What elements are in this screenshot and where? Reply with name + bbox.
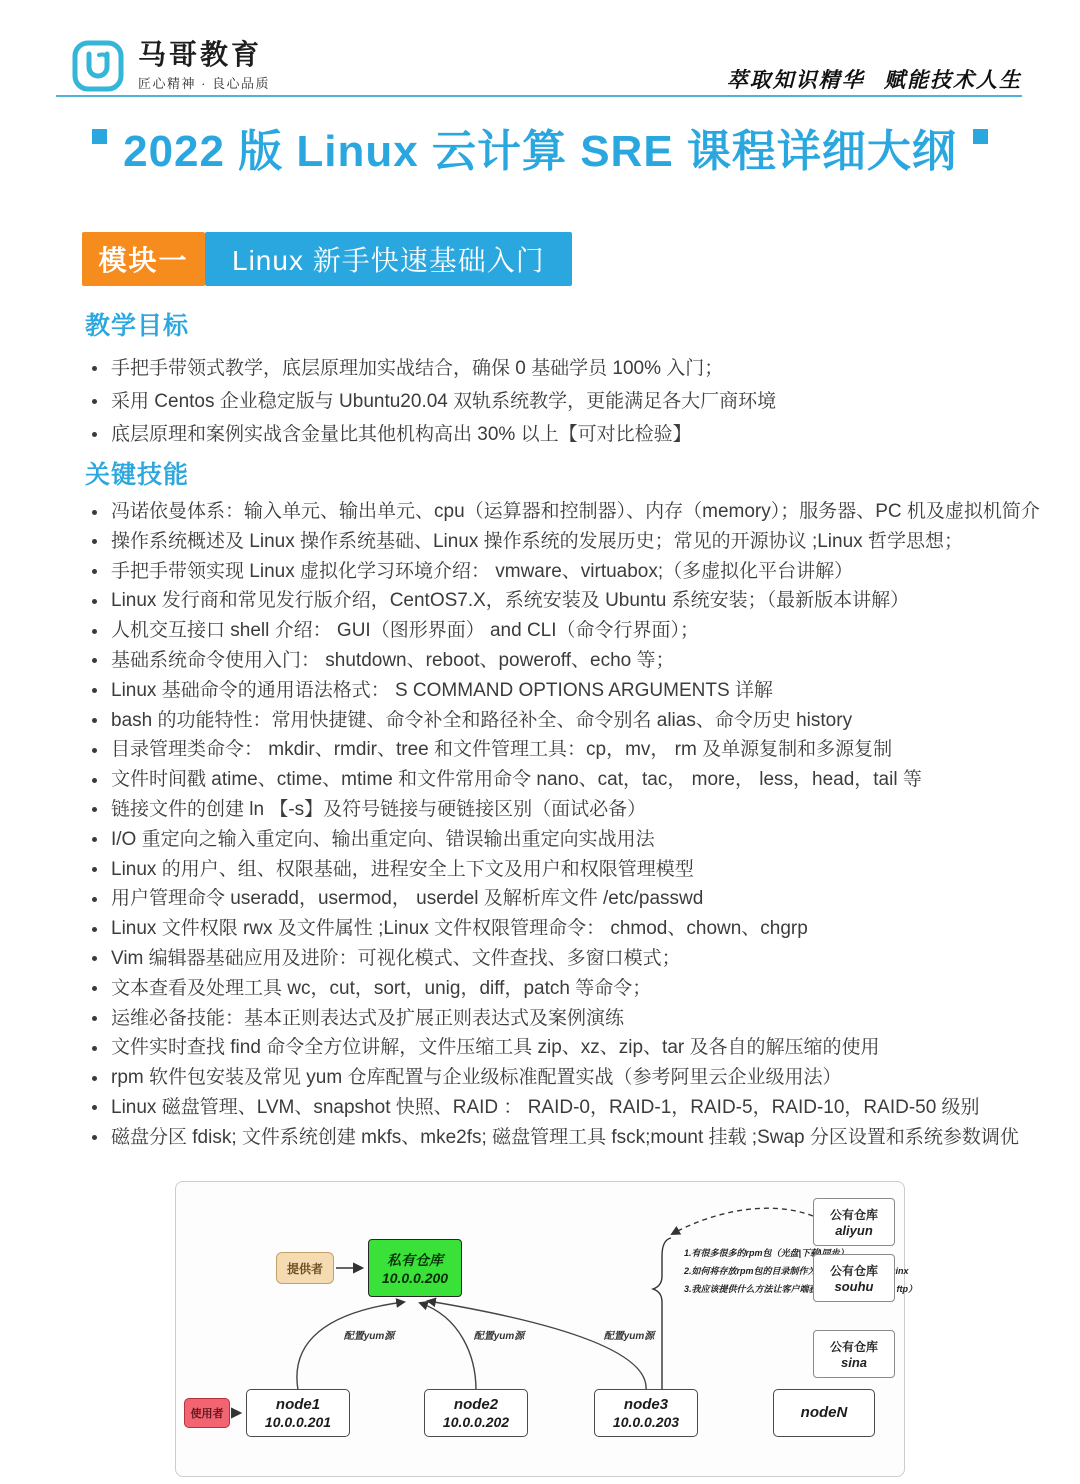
- public-repo-sina: 公有仓库 sina: [813, 1330, 895, 1378]
- public-repo-aliyun: 公有仓库 aliyun: [813, 1198, 895, 1246]
- repo-label: 公有仓库: [830, 1338, 878, 1355]
- title-row: 2022 版 Linux 云计算 SRE 课程详细大纲: [0, 124, 1080, 179]
- node-box: node3 10.0.0.203: [594, 1389, 698, 1437]
- module-header: 模块一 Linux 新手快速基础入门: [82, 232, 572, 286]
- list-item: Vim 编辑器基础应用及进阶：可视化模式、文件查找、多窗口模式；: [85, 944, 1040, 974]
- brand-block: 马哥教育 匠心精神 · 良心品质: [138, 40, 270, 93]
- repo-name: sina: [841, 1355, 867, 1370]
- node-ip: 10.0.0.201: [265, 1414, 331, 1431]
- brand-name: 马哥教育: [138, 40, 270, 71]
- list-item: bash 的功能特性：常用快捷键、命令补全和路径补全、命令别名 alias、命令…: [85, 706, 1040, 736]
- repo-label: 公有仓库: [830, 1262, 878, 1279]
- repo-name: souhu: [835, 1279, 874, 1294]
- list-item: 文件实时查找 find 命令全方位讲解，文件压缩工具 zip、xz、zip、ta…: [85, 1033, 1040, 1063]
- node-name: nodeN: [801, 1404, 848, 1422]
- node-name: node2: [454, 1396, 498, 1414]
- list-item: 用户管理命令 useradd，usermod， userdel 及解析库文件 /…: [85, 884, 1040, 914]
- provider-box: 提供者: [276, 1252, 334, 1284]
- course-outline-page: 马哥教育 匠心精神 · 良心品质 萃取知识精华 赋能技术人生 2022 版 Li…: [0, 0, 1080, 1484]
- consumer-box: 使用者: [184, 1398, 230, 1428]
- list-item: 手把手带领式教学，底层原理加实战结合，确保 0 基础学员 100% 入门；: [85, 352, 1040, 385]
- node-ip: 10.0.0.202: [443, 1414, 509, 1431]
- list-item: 链接文件的创建 ln 【-s】及符号链接与硬链接区别（面试必备）: [85, 795, 1040, 825]
- list-item: 操作系统概述及 Linux 操作系统基础、Linux 操作系统的发展历史；常见的…: [85, 527, 1040, 557]
- module-badge: 模块一: [82, 232, 205, 286]
- public-repo-souhu: 公有仓库 souhu: [813, 1254, 895, 1302]
- module-title: Linux 新手快速基础入门: [205, 232, 572, 286]
- skills-heading: 关键技能: [85, 455, 189, 491]
- node-name: node1: [276, 1396, 320, 1414]
- node-box: node2 10.0.0.202: [424, 1389, 528, 1437]
- node-ip: 10.0.0.203: [613, 1414, 679, 1431]
- page-title: 2022 版 Linux 云计算 SRE 课程详细大纲: [123, 124, 957, 179]
- list-item: rpm 软件包安装及常见 yum 仓库配置与企业级标准配置实战（参考阿里云企业级…: [85, 1063, 1040, 1093]
- list-item: Linux 文件权限 rwx 及文件属性 ;Linux 文件权限管理命令： ch…: [85, 914, 1040, 944]
- brand-slogan: 萃取知识精华 赋能技术人生: [727, 64, 1022, 94]
- list-item: 底层原理和案例实战含金量比其他机构高出 30% 以上【可对比检验】: [85, 418, 1040, 451]
- list-item: 采用 Centos 企业稳定版与 Ubuntu20.04 双轨系统教学，更能满足…: [85, 385, 1040, 418]
- repo-name: aliyun: [835, 1223, 873, 1238]
- list-item: Linux 磁盘管理、LVM、snapshot 快照、RAID ： RAID-0…: [85, 1093, 1040, 1123]
- private-repo-name: 私有仓库: [387, 1250, 443, 1270]
- title-accent-square-left: [92, 129, 107, 144]
- list-item: 文件时间戳 atime、ctime、mtime 和文件常用命令 nano、cat…: [85, 765, 1040, 795]
- list-item: Linux 基础命令的通用语法格式： S COMMAND OPTIONS ARG…: [85, 676, 1040, 706]
- list-item: Linux 发行商和常见发行版介绍，CentOS7.X，系统安装及 Ubuntu…: [85, 586, 1040, 616]
- brand-tagline: 匠心精神 · 良心品质: [138, 73, 270, 92]
- private-repo-ip: 10.0.0.200: [382, 1270, 448, 1286]
- private-repo-box: 私有仓库 10.0.0.200: [368, 1239, 462, 1297]
- yum-config-label: 配置yum源: [604, 1327, 655, 1342]
- list-item: 基础系统命令使用入门： shutdown、reboot、poweroff、ech…: [85, 646, 1040, 676]
- list-item: 文本查看及处理工具 wc，cut，sort，unig，diff，patch 等命…: [85, 974, 1040, 1004]
- header-divider: [56, 95, 1022, 97]
- list-item: 运维必备技能：基本正则表达式及扩展正则表达式及案例演练: [85, 1004, 1040, 1034]
- skills-list: 冯诺依曼体系：输入单元、输出单元、cpu（运算器和控制器）、内存（memory）…: [85, 497, 1040, 1153]
- yum-repo-diagram: 提供者 私有仓库 10.0.0.200 1.有很多很多的rpm包（光盘|下载|同…: [175, 1181, 905, 1477]
- magedu-logo-icon: [72, 40, 124, 92]
- yum-config-label: 配置yum源: [474, 1327, 525, 1342]
- node-name: node3: [624, 1396, 668, 1414]
- node-box: node1 10.0.0.201: [246, 1389, 350, 1437]
- page-header: 马哥教育 匠心精神 · 良心品质 萃取知识精华 赋能技术人生: [72, 38, 1022, 94]
- list-item: 磁盘分区 fdisk; 文件系统创建 mkfs、mke2fs; 磁盘管理工具 f…: [85, 1123, 1040, 1153]
- objectives-list: 手把手带领式教学，底层原理加实战结合，确保 0 基础学员 100% 入门； 采用…: [85, 352, 1040, 451]
- list-item: 冯诺依曼体系：输入单元、输出单元、cpu（运算器和控制器）、内存（memory）…: [85, 497, 1040, 527]
- list-item: I/O 重定向之输入重定向、输出重定向、错误输出重定向实战用法: [85, 825, 1040, 855]
- list-item: 人机交互接口 shell 介绍： GUI（图形界面） and CLI（命令行界面…: [85, 616, 1040, 646]
- objectives-heading: 教学目标: [85, 306, 189, 342]
- yum-config-label: 配置yum源: [344, 1327, 395, 1342]
- list-item: 目录管理类命令： mkdir、rmdir、tree 和文件管理工具：cp，mv，…: [85, 735, 1040, 765]
- list-item: Linux 的用户、组、权限基础，进程安全上下文及用户和权限管理模型: [85, 855, 1040, 885]
- repo-label: 公有仓库: [830, 1206, 878, 1223]
- node-box: nodeN: [773, 1389, 875, 1437]
- title-accent-square-right: [973, 129, 988, 144]
- list-item: 手把手带领实现 Linux 虚拟化学习环境介绍： vmware、virtuabo…: [85, 557, 1040, 587]
